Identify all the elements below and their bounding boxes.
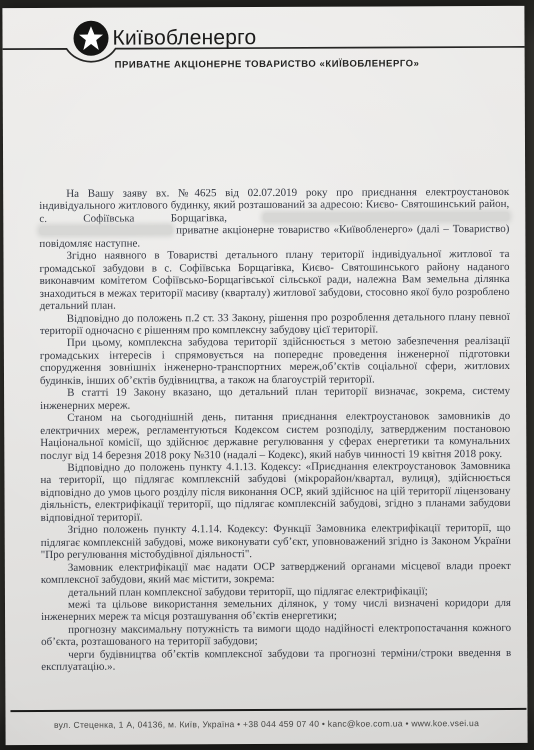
paragraph: В статті 19 Закону вказано, що детальний… <box>40 385 510 412</box>
paragraph: Відповідно до положень пункту 4.1.13. Ко… <box>40 460 510 524</box>
list-item-paragraph: межі та цільове використання земельних д… <box>41 597 511 624</box>
star-icon <box>78 26 103 51</box>
letter-page: Київобленерго ПРИВАТНЕ АКЦІОНЕРНЕ ТОВАРИ… <box>2 6 527 745</box>
list-item-paragraph: прогнозну максимальну потужність та вимо… <box>41 622 511 649</box>
paragraph: Відповідно до положень п.2 ст. 33 Закону… <box>40 310 510 337</box>
company-subtitle: ПРИВАТНЕ АКЦІОНЕРНЕ ТОВАРИСТВО «КИЇВОБЛЕ… <box>115 58 420 70</box>
paragraph: Згідно наявного в Товаристві детального … <box>39 248 509 312</box>
company-logo-text: Київобленерго <box>112 26 256 51</box>
redacted-personal-data <box>39 226 172 236</box>
paragraph: При цьому, комплексна забудова території… <box>40 335 510 387</box>
kyivoblenergo-logo-icon <box>73 21 108 56</box>
redacted-personal-data <box>263 212 509 222</box>
document-photo: Київобленерго ПРИВАТНЕ АКЦІОНЕРНЕ ТОВАРИ… <box>0 0 534 750</box>
paragraph: Замовник електрифікації має надати ОСР з… <box>41 560 511 587</box>
list-item-paragraph: черги будівництва об’єктів комплексної з… <box>41 647 511 674</box>
footer-rule <box>10 707 526 712</box>
letterhead: Київобленерго ПРИВАТНЕ АКЦІОНЕРНЕ ТОВАРИ… <box>2 6 524 98</box>
footer-contacts: вул. Стеценка, 1 А, 04136, м. Київ, Укра… <box>6 718 528 730</box>
paragraph: Станом на сьогоднішній день, питання при… <box>40 410 510 462</box>
paragraph: Згідно положень пункту 4.1.14. Кодексу: … <box>41 522 511 561</box>
letter-body: На Вашу заяву вх. №4625 від 02.07.2019 р… <box>39 186 511 674</box>
paragraph-intro: На Вашу заяву вх. №4625 від 02.07.2019 р… <box>39 186 509 250</box>
